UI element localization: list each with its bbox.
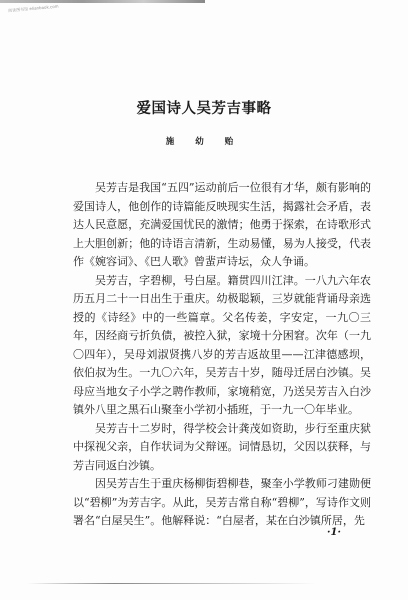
watermark: 阅读图书馆 elianbook.com: [8, 4, 59, 14]
paragraph: 吴芳吉，字碧柳，号白屋。籍贯四川江津。一八九六年农历五月二十一日出生于重庆。幼极…: [73, 272, 371, 420]
scan-edge-line: [27, 583, 317, 584]
page-number: ·1·: [327, 527, 341, 538]
paragraph: 因吴芳吉生于重庆杨柳街碧柳巷，聚奎小学教师刁建勋便以“碧柳”为芳吉字。从此，吴芳…: [73, 475, 371, 531]
article-body: 吴芳吉是我国“五四”运动前后一位很有才华，颇有影响的爱国诗人，他创作的诗篇能反映…: [73, 179, 371, 531]
paragraph: 吴芳吉是我国“五四”运动前后一位很有才华，颇有影响的爱国诗人，他创作的诗篇能反映…: [73, 179, 371, 272]
paragraph: 吴芳吉十二岁时，得学校会计龚茂如资助，步行至重庆狱中探视父亲，自作状词为父辩诬。…: [73, 420, 371, 476]
scan-edge-shadow: [0, 0, 205, 3]
article-author: 施 幼 贻: [0, 135, 408, 147]
article-title: 爱国诗人吴芳吉事略: [0, 97, 408, 118]
